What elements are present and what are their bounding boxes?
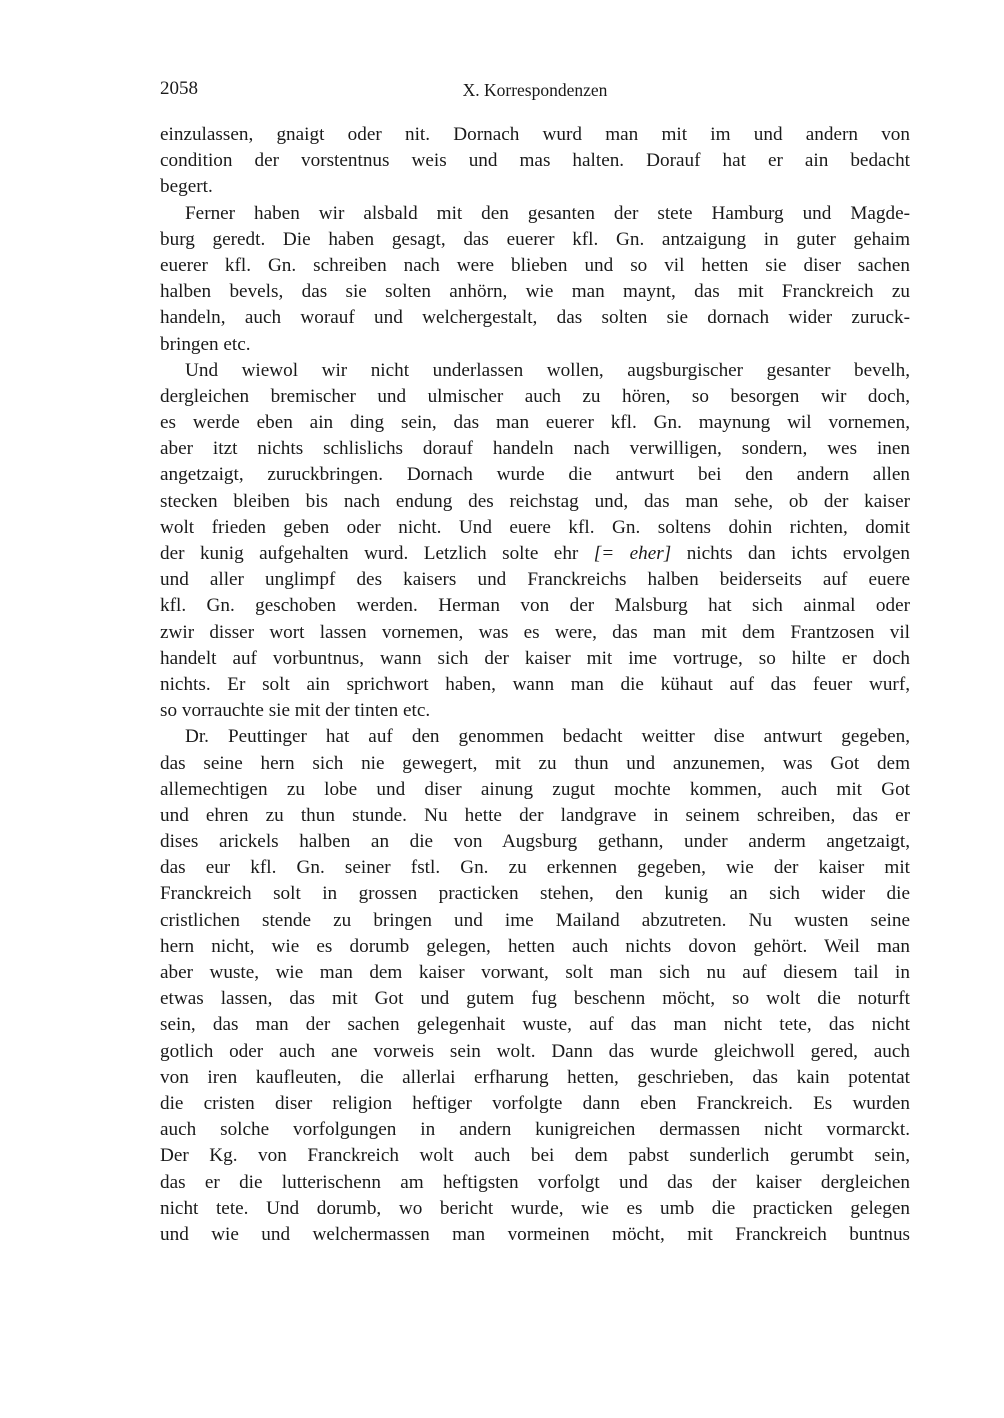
text-line: handelt auf vorbuntnus, wann sich der ka…: [160, 646, 910, 672]
text-line: und wie und welchermassen man vormeinen …: [160, 1222, 910, 1248]
text-line: sein, das man der sachen gelegenhait wus…: [160, 1012, 910, 1038]
text-line: aber itzt nichts schlislichs dorauf hand…: [160, 436, 910, 462]
text-line: etwas lassen, das mit Got und gutem fug …: [160, 986, 910, 1012]
paragraph: Ferner haben wir alsbald mit den gesante…: [160, 201, 910, 358]
text-line: allemechtigen zu lobe und diser ainung z…: [160, 777, 910, 803]
text-line: dergleichen bremischer und ulmischer auc…: [160, 384, 910, 410]
text-line: nicht tete. Und dorumb, wo bericht wurde…: [160, 1196, 910, 1222]
text-line: Und wiewol wir nicht underlassen wollen,…: [160, 358, 910, 384]
text-line: handeln, auch worauf und welchergestalt,…: [160, 305, 910, 331]
body-text: einzulassen, gnaigt oder nit. Dornach wu…: [160, 122, 910, 1248]
running-head: 2058 X. Korrespondenzen: [160, 78, 910, 108]
text-line: von iren kaufleuten, die allerlai erfhar…: [160, 1065, 910, 1091]
text-line: euerer kfl. Gn. schreiben nach were blie…: [160, 253, 910, 279]
text-line: dises arickels halben an die von Augsbur…: [160, 829, 910, 855]
paragraph: einzulassen, gnaigt oder nit. Dornach wu…: [160, 122, 910, 201]
text-line: halben bevels, das sie solten anhörn, wi…: [160, 279, 910, 305]
text-line: die cristen diser religion heftiger vorf…: [160, 1091, 910, 1117]
text-line: aber wuste, wie man dem kaiser vorwant, …: [160, 960, 910, 986]
text-line: Der Kg. von Franckreich wolt auch bei de…: [160, 1143, 910, 1169]
text-line: der kunig aufgehalten wurd. Letzlich sol…: [160, 541, 910, 567]
text-line: das er die lutterischenn am heftigsten v…: [160, 1170, 910, 1196]
text-line: nichts. Er solt ain sprichwort haben, wa…: [160, 672, 910, 698]
paragraph: Dr. Peuttinger hat auf den genommen beda…: [160, 724, 910, 1248]
text-line: stecken bleiben bis nach endung des reic…: [160, 489, 910, 515]
text-line: das seine hern sich nie gewegert, mit zu…: [160, 751, 910, 777]
document-page: 2058 X. Korrespondenzen einzulassen, gna…: [160, 78, 910, 1248]
text-line: Dr. Peuttinger hat auf den genommen beda…: [160, 724, 910, 750]
text-line: burg geredt. Die haben gesagt, das euere…: [160, 227, 910, 253]
text-line: einzulassen, gnaigt oder nit. Dornach wu…: [160, 122, 910, 148]
text-line: Franckreich solt in grossen practicken s…: [160, 881, 910, 907]
text-line: angetzaigt, zuruckbringen. Dornach wurde…: [160, 462, 910, 488]
text-line: cristlichen stende zu bringen und ime Ma…: [160, 908, 910, 934]
text-line: und aller unglimpf des kaisers und Franc…: [160, 567, 910, 593]
text-line: bringen etc.: [160, 332, 910, 358]
running-head-title: X. Korrespondenzen: [160, 80, 910, 101]
text-line: auch solche vorfolgungen in andern kunig…: [160, 1117, 910, 1143]
text-line: condition der vorstentnus weis und mas h…: [160, 148, 910, 174]
text-line: zwir disser wort lassen vornemen, was es…: [160, 620, 910, 646]
text-line: Ferner haben wir alsbald mit den gesante…: [160, 201, 910, 227]
text-line: es werde eben ain ding sein, das man eue…: [160, 410, 910, 436]
text-line: wolt frieden geben oder nicht. Und euere…: [160, 515, 910, 541]
text-line: das eur kfl. Gn. seiner fstl. Gn. zu erk…: [160, 855, 910, 881]
paragraph: Und wiewol wir nicht underlassen wollen,…: [160, 358, 910, 725]
text-line: kfl. Gn. geschoben werden. Herman von de…: [160, 593, 910, 619]
text-line: begert.: [160, 174, 910, 200]
text-line: gotlich oder auch ane vorweis sein wolt.…: [160, 1039, 910, 1065]
editorial-note: [= eher]: [594, 543, 671, 564]
text-line: und ehren zu thun stunde. Nu hette der l…: [160, 803, 910, 829]
text-line: hern nicht, wie es dorumb gelegen, hette…: [160, 934, 910, 960]
text-line: so vorrauchte sie mit der tinten etc.: [160, 698, 910, 724]
